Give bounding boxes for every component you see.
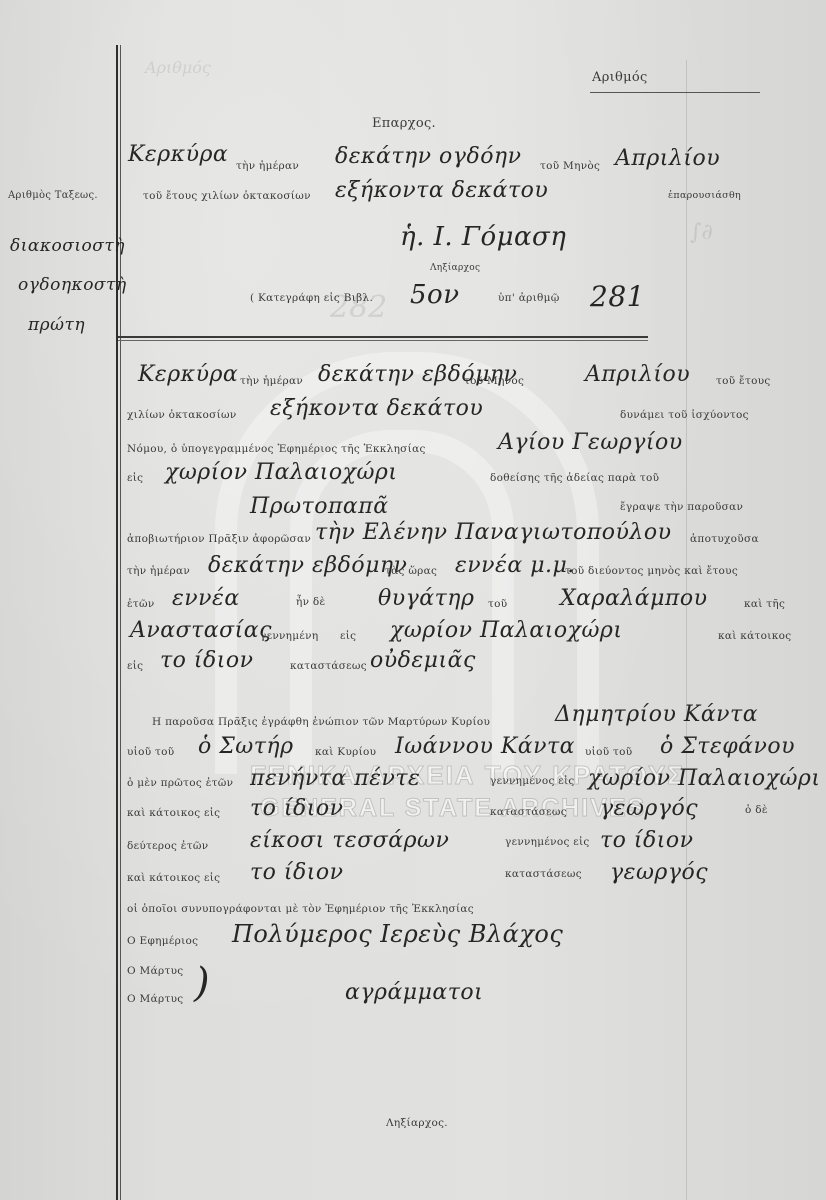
- witness-2-father: ὁ Στεφάνου: [660, 734, 795, 759]
- top-entry-month: Απριλίου: [615, 146, 720, 171]
- catalog-book-number: 5ον: [410, 280, 460, 310]
- top-entry-day: δεκάτην ογδόην: [335, 144, 522, 169]
- bleed-through-text: Αριθμός: [145, 58, 211, 77]
- witness-2-occupation: γεωργός: [610, 860, 708, 885]
- bleed-through-text: ∫∂: [690, 220, 713, 245]
- presented-label: ἐπαρουσιάσθη: [668, 190, 741, 201]
- witness-1-residence: το ίδιον: [250, 796, 344, 821]
- act-was-label: ἦν δὲ: [296, 596, 325, 608]
- eparchos-label: Επαρχος.: [372, 116, 436, 131]
- priest-label: Ο Εφημέριος: [127, 935, 198, 947]
- act-death-act-label: ἀποβιωτήριον Πρᾶξιν ἀφορῶσαν: [127, 533, 311, 545]
- act-father-name: Χαραλάμπου: [560, 586, 707, 611]
- priest-signature: Πολύμερος Ιερεὺς Βλάχος: [232, 920, 563, 948]
- act-of-label: τοῦ: [488, 598, 507, 610]
- top-entry-month-label: τοῦ Μηνὸς: [540, 160, 600, 172]
- section-divider: [118, 336, 648, 338]
- arithmos-underline: [590, 92, 760, 93]
- act-mother-name: Αναστασίας: [130, 618, 272, 643]
- witness-2-age: είκοσι τεσσάρων: [250, 828, 449, 853]
- witness-1-status-label: καταστάσεως: [490, 806, 567, 818]
- witness-2-name: Ιωάννου Κάντα: [395, 734, 575, 759]
- act-protopapas: Πρωτοπαπᾶ: [250, 494, 389, 519]
- witnesses-illiterate-note: αγράμματοι: [345, 980, 483, 1005]
- registrar-label: Ληξίαρχος: [430, 263, 480, 273]
- act-age: εννέα: [172, 586, 240, 611]
- act-residence: το ίδιον: [160, 648, 254, 673]
- act-year-prefix: χιλίων ὀκτακοσίων: [127, 409, 237, 421]
- act-deceased-name: τὴν Ελένην Παναγιωτοπούλου: [315, 520, 672, 545]
- act-year: εξήκοντα δεκάτου: [270, 396, 483, 421]
- witness-2-status-label: καταστάσεως: [505, 868, 582, 880]
- top-entry-day-label: τὴν ἡμέραν: [236, 160, 299, 172]
- registrar-signature: ἡ. Ι. Γόμαση: [400, 222, 566, 252]
- fold-line: [686, 60, 687, 1200]
- act-relation: θυγάτηρ: [378, 586, 474, 611]
- catalog-book-label: ( Κατεγράφη εἰς Βιβλ.: [250, 292, 373, 304]
- act-residence-in-label: εἰς: [127, 660, 143, 672]
- act-permission-text: δοθείσης τῆς ἀδείας παρὰ τοῦ: [490, 472, 659, 484]
- act-church: Αγίου Γεωργίου: [498, 430, 683, 455]
- witness-2-residence: το ίδιον: [250, 860, 344, 885]
- margin-note-line-2: ογδοηκοστὴ: [18, 275, 127, 295]
- act-age-label: ἐτῶν: [127, 598, 155, 610]
- act-village: χωρίον Παλαιοχώρι: [165, 460, 398, 485]
- left-margin-rule-inner: [120, 45, 121, 1200]
- witness-2-birthplace: το ίδιον: [600, 828, 694, 853]
- witness-1-resident-label: καὶ κάτοικος εἰς: [127, 807, 220, 819]
- witness-2-born-label: γεννημένος εἰς: [505, 836, 590, 848]
- top-entry-place: Κερκύρα: [128, 142, 228, 167]
- witness-2-sign-label: Ο Μάρτυς: [127, 993, 183, 1005]
- act-resident-label: καὶ κάτοικος: [718, 630, 791, 642]
- witness-1-sign-label: Ο Μάρτυς: [127, 965, 183, 977]
- witness-1-age-label: ὁ μὲν πρῶτος ἐτῶν: [127, 777, 233, 789]
- act-in-label: εἰς: [127, 472, 143, 484]
- witness-2-father-label: υἱοῦ τοῦ: [585, 746, 632, 758]
- witness-2-label: καὶ Κυρίου: [315, 746, 376, 758]
- arithmos-label: Αριθμός: [592, 70, 648, 85]
- footer-registrar-label: Ληξίαρχος.: [386, 1117, 448, 1129]
- witness-1-age: πενήντα πέντε: [250, 766, 420, 791]
- act-day-label: τὴν ἡμέραν: [240, 375, 303, 387]
- witnesses-bracket: ): [194, 960, 210, 1006]
- witness-1-born-label: γεννημένος εἰς: [490, 775, 575, 787]
- act-birthplace: χωρίον Παλαιοχώρι: [390, 618, 623, 643]
- witness-2-resident-label: καὶ κάτοικος εἰς: [127, 872, 220, 884]
- act-priest-intro: Νόμου, ὁ ὑπογεγραμμένος Ἐφημέριος τῆς Ἐκ…: [127, 443, 426, 455]
- act-status: οὐδεμιᾶς: [370, 648, 476, 673]
- top-entry-year: εξήκοντα δεκάτου: [335, 178, 548, 203]
- act-month: Απριλίου: [585, 362, 690, 387]
- margin-note-line-1: διακοσιοστὴ: [10, 236, 125, 256]
- act-month-label: τοῦ Μηνος: [464, 375, 524, 387]
- witness-1-father-label: υἱοῦ τοῦ: [127, 746, 174, 758]
- act-month-year-text: τοῦ διεύοντος μηνὸς καὶ ἔτους: [565, 565, 738, 577]
- act-born-label: γεννημένη: [260, 630, 318, 642]
- witness-1-father: ὁ Σωτήρ: [198, 734, 294, 759]
- act-law-text: δυνάμει τοῦ ἰσχύοντος: [620, 409, 749, 421]
- margin-note-line-3: πρώτη: [28, 315, 85, 335]
- act-place: Κερκύρα: [138, 362, 238, 387]
- arithmos-taxeos-label: Αριθμὸς Ταξεως.: [8, 190, 98, 201]
- act-death-day-label: τὴν ἡμέραν: [127, 565, 190, 577]
- witness-1-name: Δημητρίου Κάντα: [555, 702, 758, 727]
- act-year-label: τοῦ ἔτους: [716, 375, 771, 387]
- act-death-hour: εννέα μ.μ.: [455, 553, 575, 578]
- section-divider-inner: [118, 340, 648, 341]
- act-died-label: ἀποτυχοῦσα: [690, 533, 759, 545]
- witness-intro: Η παροῦσα Πρᾶξις ἐγράφθη ἐνώπιον τῶν Μαρ…: [152, 716, 490, 728]
- cosign-text: οἱ ὁποῖοι συνυπογράφονται μὲ τὸν Ἐφημέρι…: [127, 903, 474, 915]
- top-entry-year-label: τοῦ ἔτους χιλίων ὀκτακοσίων: [143, 190, 311, 202]
- witness-2-intro: ὁ δὲ: [745, 804, 768, 816]
- witness-1-birthplace: χωρίον Παλαιοχώρι: [588, 766, 821, 791]
- left-margin-rule: [116, 45, 118, 1200]
- act-born-in-label: εἰς: [340, 630, 356, 642]
- document-page: Αριθμός 282 ∫∂ ΓΕΝΙΚΑ ΑΡΧΕΙΑ ΤΟΥ ΚΡΑΤΟΥΣ…: [0, 0, 826, 1200]
- act-and-the-label: καὶ τῆς: [744, 598, 785, 610]
- act-status-label: καταστάσεως: [290, 660, 367, 672]
- act-wrote-text: ἔγραψε τὴν παροῦσαν: [620, 501, 743, 513]
- catalog-number-label: ὑπ' ἀριθμῷ: [498, 292, 560, 304]
- act-hour-label: τὰς ὥρας: [385, 565, 437, 577]
- catalog-entry-number: 281: [590, 280, 645, 313]
- act-death-day: δεκάτην εβδόμην: [208, 553, 407, 578]
- witness-2-age-label: δεύτερος ἐτῶν: [127, 840, 208, 852]
- witness-1-occupation: γεωργός: [600, 796, 698, 821]
